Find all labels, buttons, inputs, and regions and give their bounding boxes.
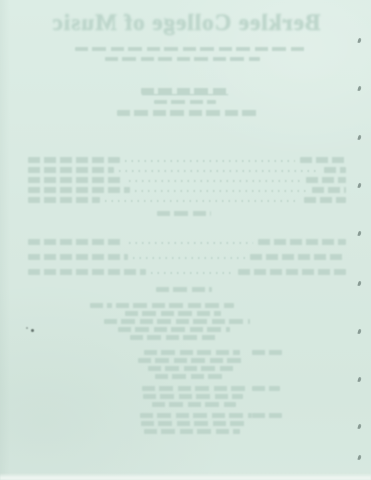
bleed-row-left-text (28, 167, 114, 173)
bleed-recital-heading-line (141, 88, 229, 94)
binding-hole-mark (357, 455, 361, 461)
scanned-page: Berklee College of Music (0, 0, 371, 480)
bleed-personnel-line (148, 366, 236, 371)
bleed-row-left-text (28, 239, 124, 245)
bleed-section-label (252, 413, 282, 418)
bleed-personnel-line (104, 319, 250, 324)
bleed-personnel-line (142, 386, 250, 391)
bleed-row-right-text (238, 269, 346, 275)
bleed-personnel-line (130, 335, 216, 340)
bleed-personnel-line (144, 429, 240, 434)
binding-hole-mark (357, 329, 361, 335)
bleed-personnel-line (155, 374, 225, 379)
bleed-section-label (252, 386, 280, 391)
dot-leader (119, 170, 319, 172)
binding-hole-mark (357, 281, 361, 287)
bleed-personnel-line (125, 311, 221, 316)
binding-hole-mark (357, 231, 361, 237)
ink-speck (26, 327, 28, 329)
bleed-program-row (28, 165, 346, 173)
bleed-row-right-text (304, 197, 346, 203)
bleed-program-row (28, 185, 346, 193)
bleed-intermission-heading (157, 211, 211, 216)
bleed-row-left-text (28, 177, 124, 183)
bleed-personnel-line (138, 358, 242, 363)
binding-hole-mark (357, 377, 361, 383)
paper-bottom-edge (0, 473, 371, 480)
bleed-row-right-text (300, 157, 346, 163)
bleed-address-line (105, 57, 260, 61)
bleed-row-right-text (312, 187, 346, 193)
bleed-row-right-text (250, 254, 346, 260)
bleed-recital-heading-line (117, 110, 259, 116)
bleed-personnel-line (140, 413, 252, 418)
bleed-program-row (28, 155, 346, 163)
bleed-personnel-heading (156, 287, 212, 292)
bleed-section-label (252, 350, 282, 355)
bleed-address-line (75, 47, 305, 51)
dot-leader (125, 160, 295, 162)
bleed-row-left-text (28, 254, 128, 260)
dot-leader (129, 242, 253, 244)
bleed-program-row (28, 252, 346, 260)
dot-leader (133, 257, 245, 259)
binding-hole-mark (357, 183, 361, 189)
bleed-personnel-line (143, 394, 243, 399)
bleed-program-row (28, 237, 346, 245)
binding-hole-mark (357, 424, 361, 430)
bleed-section-label (90, 303, 112, 308)
dot-leader (151, 272, 233, 274)
bleed-personnel-line (141, 421, 245, 426)
bleed-personnel-line (144, 350, 240, 355)
bleed-row-right-text (306, 177, 346, 183)
binding-hole-mark (357, 86, 361, 92)
dot-leader (129, 180, 301, 182)
dot-leader (135, 190, 307, 192)
bleed-program-row (28, 195, 346, 203)
page-title-bleed: Berklee College of Music (40, 10, 332, 35)
ink-speck (31, 329, 34, 332)
bleed-row-left-text (28, 187, 130, 193)
dot-leader (105, 200, 299, 202)
bleed-row-right-text (258, 239, 346, 245)
bleed-row-left-text (28, 197, 100, 203)
bleed-program-row (28, 267, 346, 275)
bleed-recital-heading-line (154, 100, 216, 104)
bleed-personnel-line (118, 327, 230, 332)
binding-hole-mark (357, 38, 361, 44)
bleed-row-left-text (28, 157, 120, 163)
bleed-row-left-text (28, 269, 146, 275)
bleed-personnel-line (152, 402, 236, 407)
bleed-personnel-line (116, 303, 234, 308)
bleed-program-row (28, 175, 346, 183)
binding-hole-mark (357, 135, 361, 141)
scan-left-shading (0, 0, 10, 480)
bleed-row-right-text (324, 167, 346, 173)
